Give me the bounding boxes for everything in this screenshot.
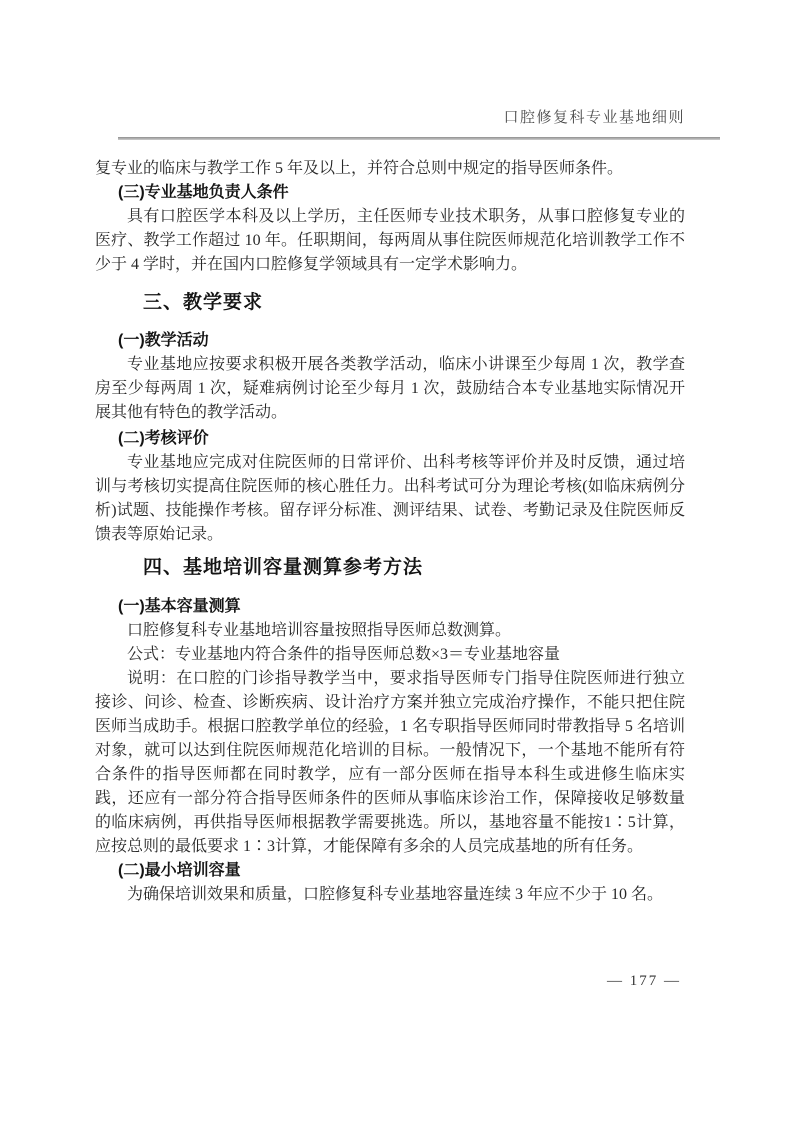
- page-footer: — 177 —: [95, 971, 685, 991]
- subsection-heading-assessment-evaluation: (二)考核评价: [118, 427, 685, 451]
- section-heading-capacity-calculation: 四、基地培训容量测算参考方法: [143, 555, 685, 581]
- paragraph-capacity-basis: 口腔修复科专业基地培训容量按照指导医师总数测算。: [95, 619, 685, 643]
- subsection-heading-leader-conditions: (三)专业基地负责人条件: [118, 181, 685, 205]
- paragraph-minimum-capacity: 为确保培训效果和质量，口腔修复科专业基地容量连续 3 年应不少于 10 名。: [95, 883, 685, 907]
- paragraph-teaching-activities: 专业基地应按要求积极开展各类教学活动，临床小讲课至少每周 1 次，教学查房至少每…: [95, 353, 685, 425]
- subsection-heading-minimum-capacity: (二)最小培训容量: [118, 859, 685, 883]
- paragraph-assessment-evaluation: 专业基地应完成对住院医师的日常评价、出科考核等评价并及时反馈，通过培训与考核切实…: [95, 451, 685, 547]
- page-number: — 177 —: [607, 973, 685, 989]
- text-block: 口腔修复科专业基地细则 复专业的临床与教学工作 5 年及以上，并符合总则中规定的…: [95, 0, 685, 907]
- running-header-title: 口腔修复科专业基地细则: [95, 108, 685, 128]
- subsection-heading-basic-capacity: (一)基本容量测算: [118, 595, 685, 619]
- paragraph-capacity-formula: 公式：专业基地内符合条件的指导医师总数×3＝专业基地容量: [95, 643, 685, 667]
- paragraph-capacity-explanation: 说明：在口腔的门诊指导教学当中，要求指导医师专门指导住院医师进行独立接诊、问诊、…: [95, 667, 685, 859]
- section-heading-teaching-requirements: 三、教学要求: [143, 290, 685, 316]
- header-rule: [118, 137, 720, 140]
- paragraph-continuation: 复专业的临床与教学工作 5 年及以上，并符合总则中规定的指导医师条件。: [95, 157, 685, 181]
- paragraph-leader-conditions: 具有口腔医学本科及以上学历，主任医师专业技术职务，从事口腔修复专业的医疗、教学工…: [95, 205, 685, 277]
- document-page: 口腔修复科专业基地细则 复专业的临床与教学工作 5 年及以上，并符合总则中规定的…: [0, 0, 800, 1131]
- subsection-heading-teaching-activities: (一)教学活动: [118, 329, 685, 353]
